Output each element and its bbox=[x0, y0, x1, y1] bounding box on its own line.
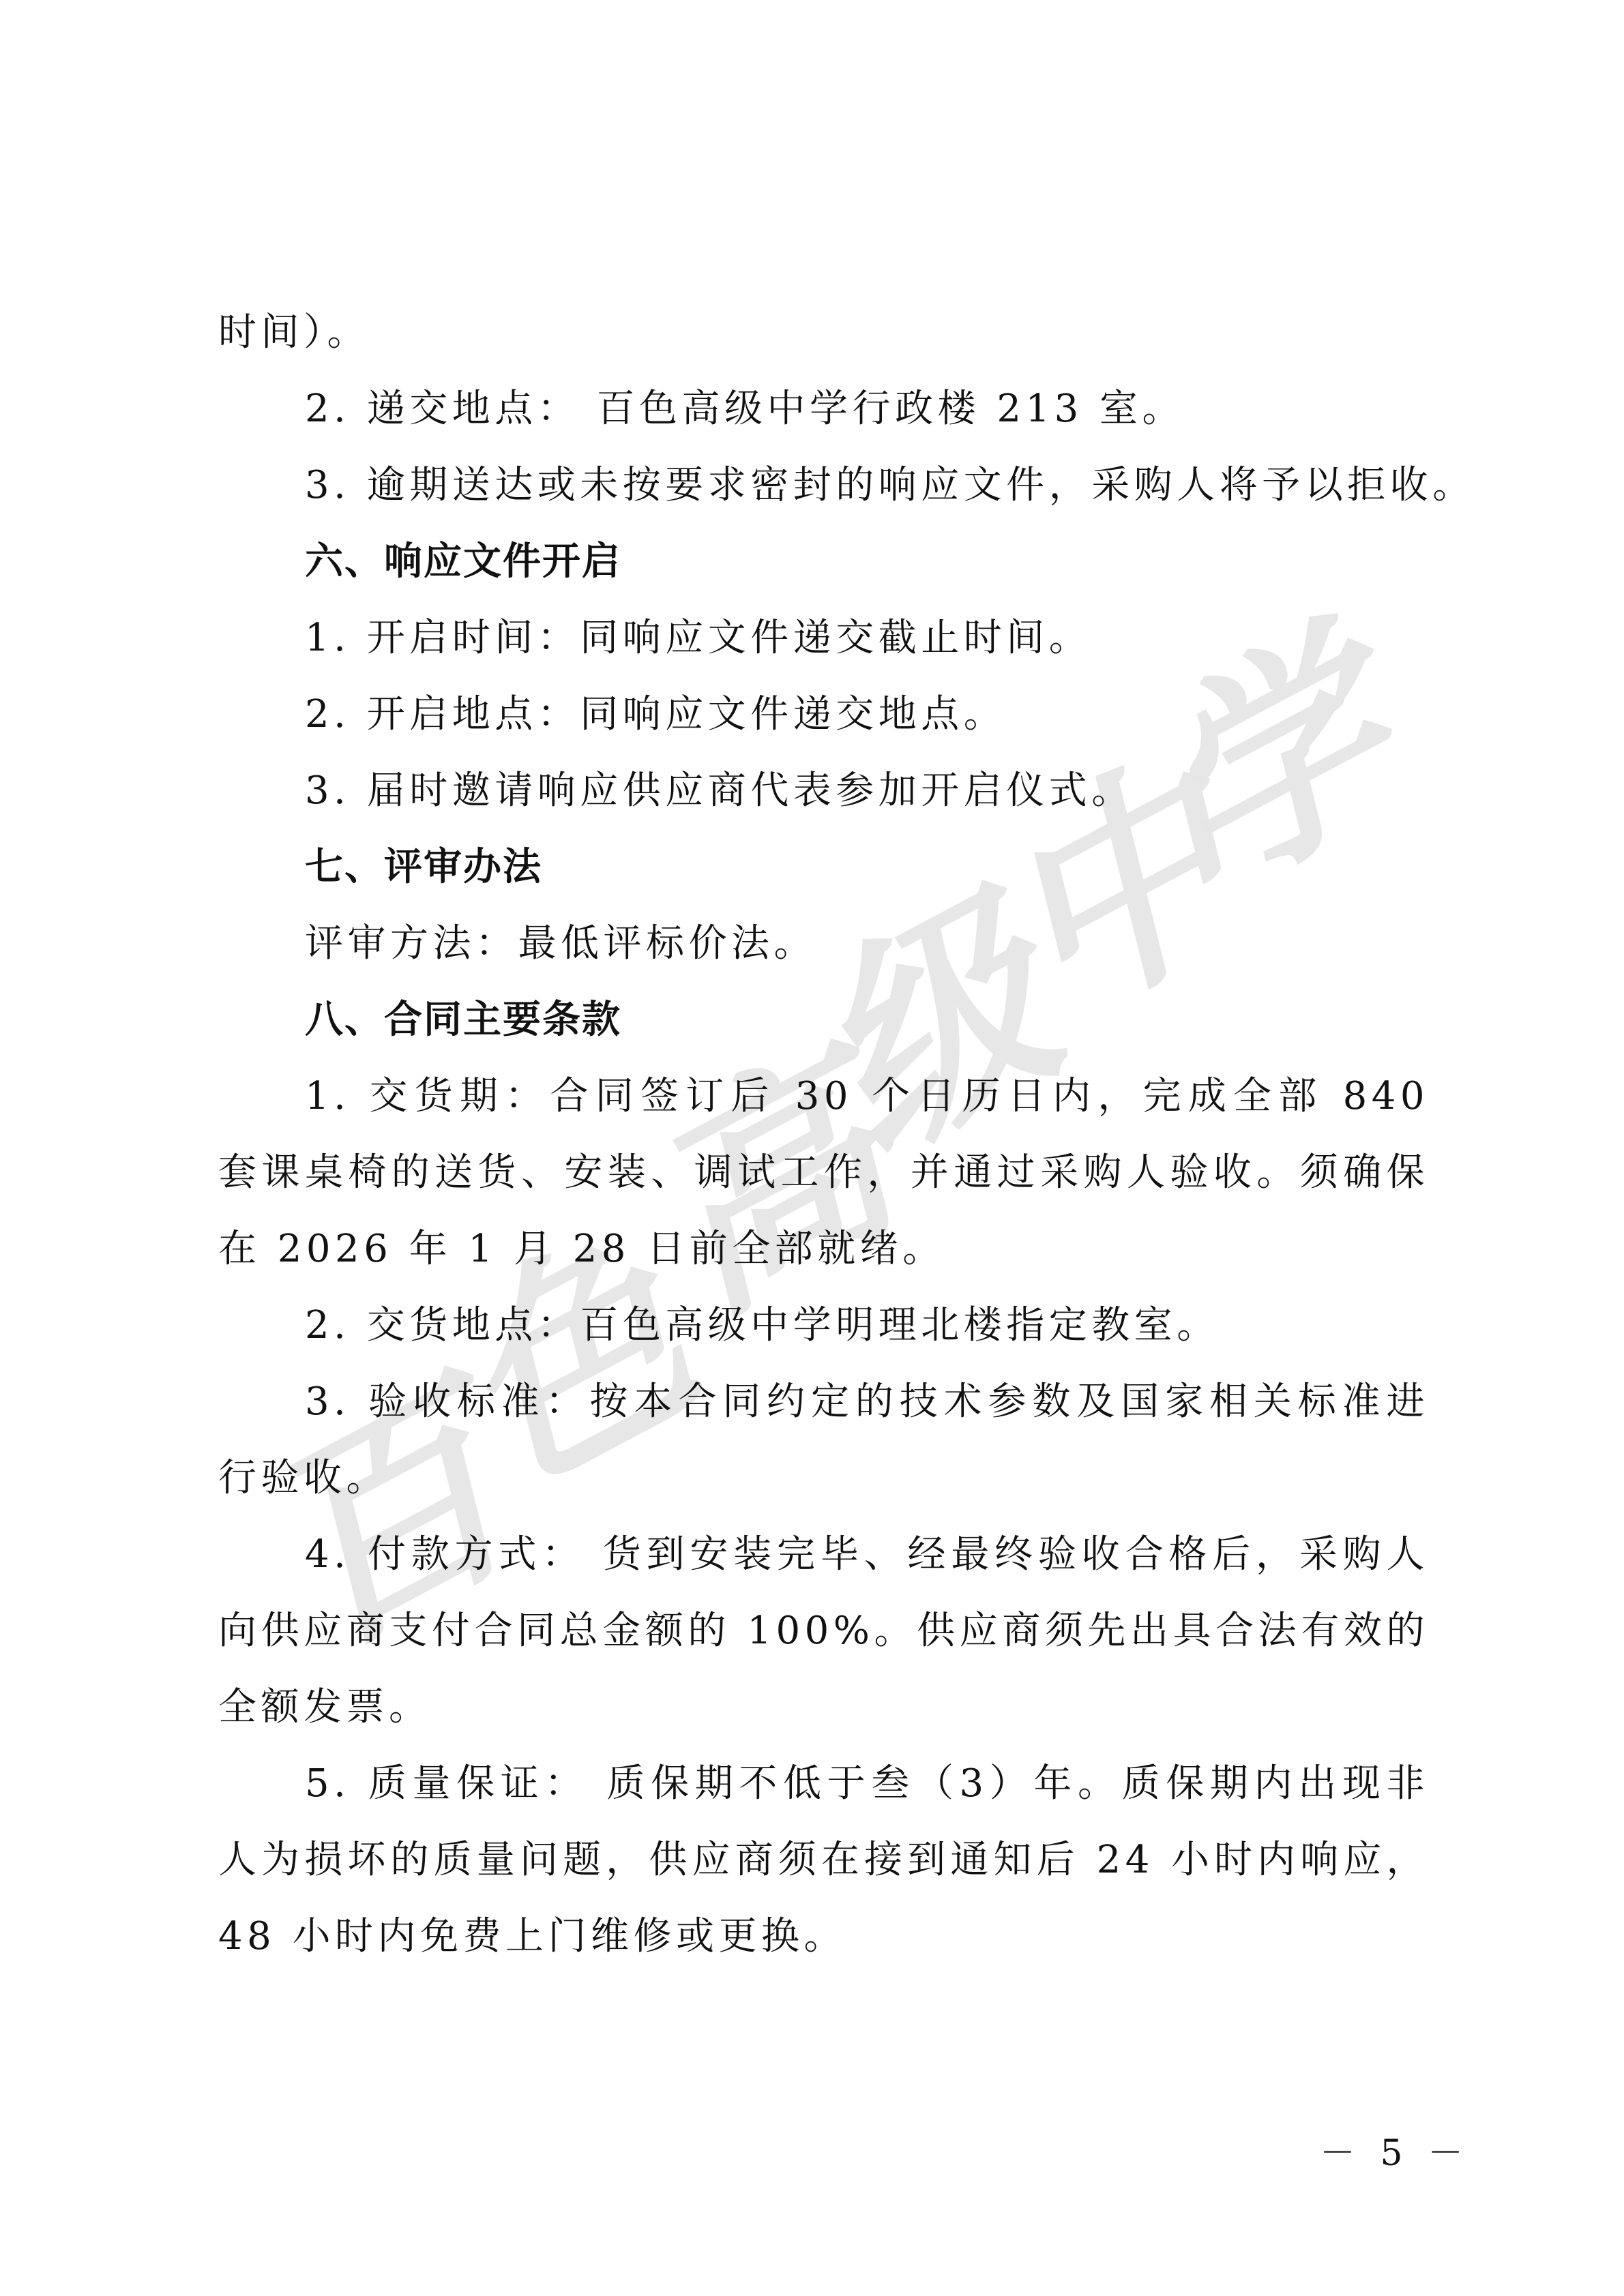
acceptance-standard-text: 3. 验收标准：按本合同约定的技术参数及国家相关标准进行验收。 bbox=[218, 1364, 1429, 1517]
page-number: － 5 － bbox=[1320, 2124, 1470, 2175]
document-body: 时间）。 2. 递交地点： 百色高级中学行政楼 213 室。 3. 逾期送达或未… bbox=[218, 295, 1429, 1975]
section-heading-opening: 六、响应文件开启 bbox=[218, 524, 1429, 600]
acceptance-standard-clause: 3. 验收标准：按本合同约定的技术参数及国家相关标准进行验收。 bbox=[218, 1364, 1429, 1517]
delivery-period-text: 1. 交货期：合同签订后 30 个日历日内，完成全部 840 套课桌椅的送货、安… bbox=[218, 1058, 1429, 1287]
payment-method-clause: 4. 付款方式： 货到安装完毕、经最终验收合格后，采购人向供应商支付合同总金额的… bbox=[218, 1517, 1429, 1746]
payment-method-text: 4. 付款方式： 货到安装完毕、经最终验收合格后，采购人向供应商支付合同总金额的… bbox=[218, 1517, 1429, 1746]
opening-location: 2. 开启地点：同响应文件递交地点。 bbox=[218, 676, 1429, 753]
quality-guarantee-text: 5. 质量保证： 质保期不低于叁（3）年。质保期内出现非人为损坏的质量问题，供应… bbox=[218, 1746, 1429, 1975]
section-heading-contract-terms: 八、合同主要条款 bbox=[218, 982, 1429, 1058]
continuation-text: 时间）。 bbox=[218, 295, 1429, 371]
evaluation-method: 评审方法：最低评标价法。 bbox=[218, 906, 1429, 982]
late-submission-rule: 3. 逾期送达或未按要求密封的响应文件，采购人将予以拒收。 bbox=[218, 447, 1429, 524]
section-heading-evaluation: 七、评审办法 bbox=[218, 829, 1429, 906]
quality-guarantee-clause: 5. 质量保证： 质保期不低于叁（3）年。质保期内出现非人为损坏的质量问题，供应… bbox=[218, 1746, 1429, 1975]
document-page: 百 色 高 级 中 学 时间）。 2. 递交地点： 百色高级中学行政楼 213 … bbox=[0, 0, 1624, 2296]
opening-time: 1. 开启时间：同响应文件递交截止时间。 bbox=[218, 600, 1429, 676]
delivery-location-clause: 2. 交货地点：百色高级中学明理北楼指定教室。 bbox=[218, 1287, 1429, 1364]
opening-invitation: 3. 届时邀请响应供应商代表参加开启仪式。 bbox=[218, 753, 1429, 829]
delivery-period-clause: 1. 交货期：合同签订后 30 个日历日内，完成全部 840 套课桌椅的送货、安… bbox=[218, 1058, 1429, 1287]
submission-location: 2. 递交地点： 百色高级中学行政楼 213 室。 bbox=[218, 371, 1429, 447]
